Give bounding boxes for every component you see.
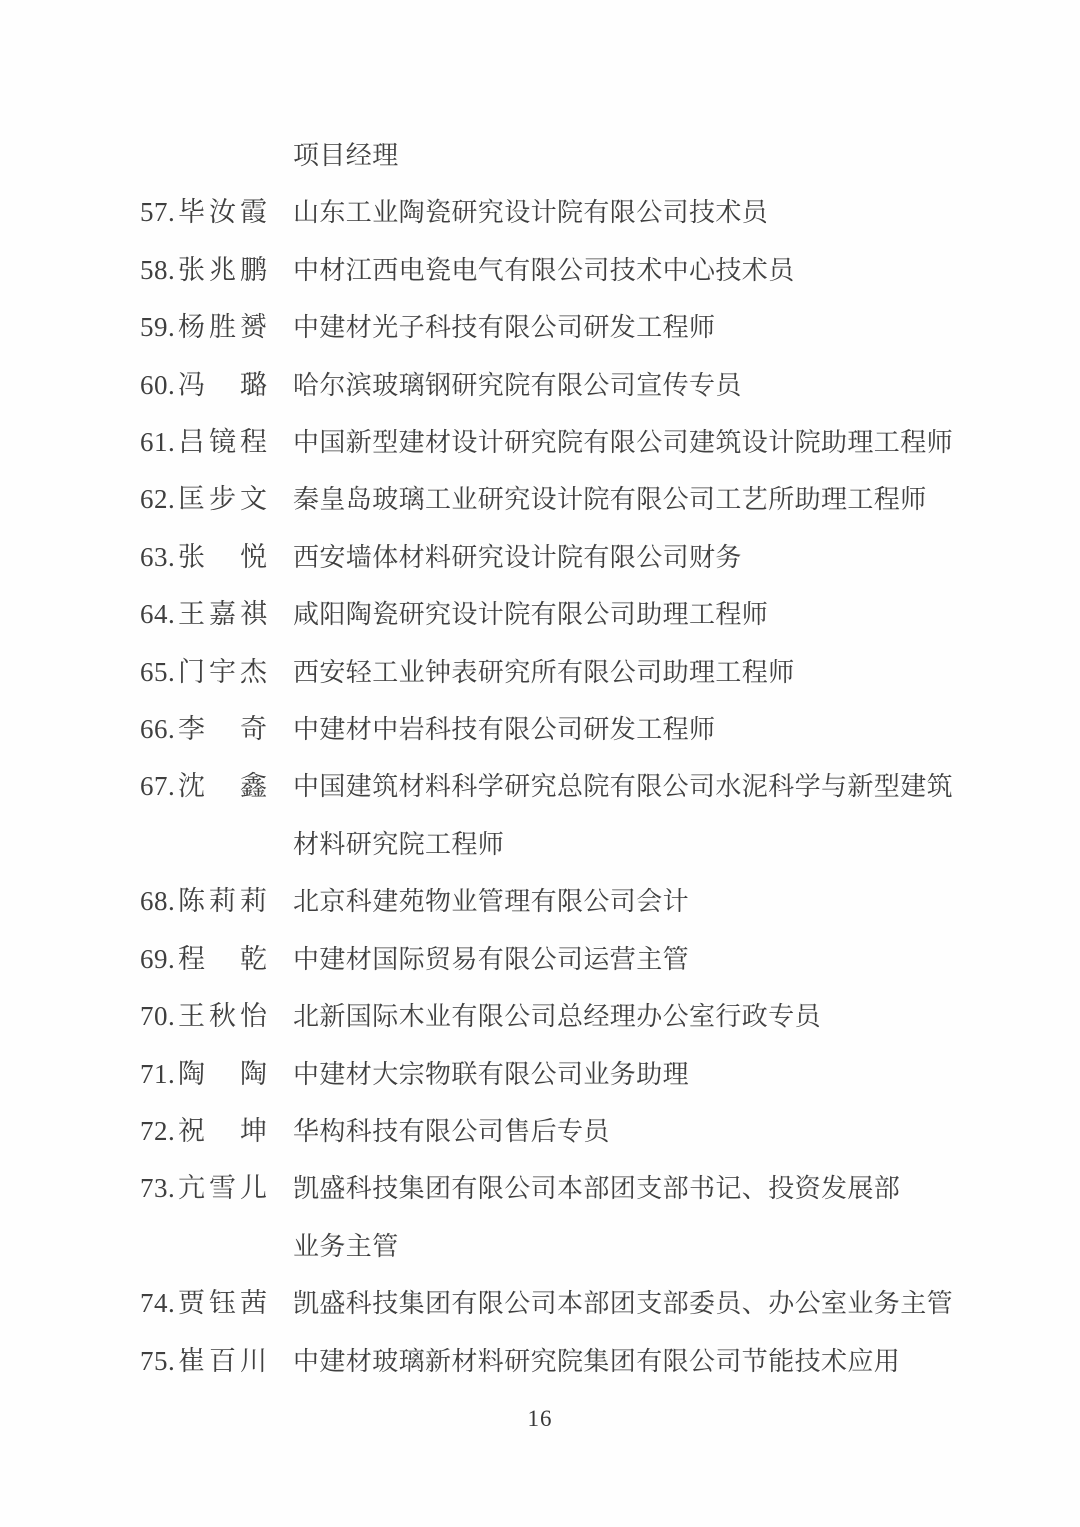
description-line: 北新国际木业有限公司总经理办公室行政专员: [293, 988, 950, 1045]
description-line: 中国新型建材设计研究院有限公司建筑设计院助理工程师: [293, 414, 950, 471]
position-description: 中建材玻璃新材料研究院集团有限公司节能技术应用: [293, 1333, 950, 1390]
person-name: 张 悦: [178, 529, 293, 586]
person-name: 杨胜赟: [178, 299, 293, 356]
description-line: 中建材大宗物联有限公司业务助理: [293, 1046, 950, 1103]
list-item: 项目经理: [140, 127, 950, 184]
page-number: 16: [528, 1406, 553, 1431]
item-number: 60.: [140, 357, 178, 414]
person-name: 毕汝霞: [178, 184, 293, 241]
person-name: 程 乾: [178, 931, 293, 988]
description-line: 秦皇岛玻璃工业研究设计院有限公司工艺所助理工程师: [293, 471, 950, 528]
list-item: 63. 张 悦 西安墙体材料研究设计院有限公司财务: [140, 529, 950, 586]
position-description: 秦皇岛玻璃工业研究设计院有限公司工艺所助理工程师: [293, 471, 950, 528]
item-number: 71.: [140, 1046, 178, 1103]
description-line: 凯盛科技集团有限公司本部团支部书记、投资发展部: [293, 1160, 950, 1217]
list-item: 65. 门宇杰 西安轻工业钟表研究所有限公司助理工程师: [140, 644, 950, 701]
description-line: 业务主管: [293, 1218, 950, 1275]
person-name: 沈 鑫: [178, 758, 293, 815]
item-number: 73.: [140, 1160, 178, 1217]
list-item: 64. 王嘉祺 咸阳陶瓷研究设计院有限公司助理工程师: [140, 586, 950, 643]
position-description: 凯盛科技集团有限公司本部团支部委员、办公室业务主管: [293, 1275, 950, 1332]
item-number: 62.: [140, 471, 178, 528]
description-line: 中建材光子科技有限公司研发工程师: [293, 299, 950, 356]
item-number: 61.: [140, 414, 178, 471]
position-description: 中国建筑材料科学研究总院有限公司水泥科学与新型建筑材料研究院工程师: [293, 758, 950, 873]
description-line: 中建材中岩科技有限公司研发工程师: [293, 701, 950, 758]
list-item: 60. 冯 璐 哈尔滨玻璃钢研究院有限公司宣传专员: [140, 357, 950, 414]
position-description: 西安轻工业钟表研究所有限公司助理工程师: [293, 644, 950, 701]
list-item: 75. 崔百川 中建材玻璃新材料研究院集团有限公司节能技术应用: [140, 1333, 950, 1390]
person-name: 张兆鹏: [178, 242, 293, 299]
item-number: 69.: [140, 931, 178, 988]
description-line: 项目经理: [293, 127, 950, 184]
description-line: 北京科建苑物业管理有限公司会计: [293, 873, 950, 930]
person-name: 王嘉祺: [178, 586, 293, 643]
position-description: 哈尔滨玻璃钢研究院有限公司宣传专员: [293, 357, 950, 414]
list-item: 73. 亢雪儿 凯盛科技集团有限公司本部团支部书记、投资发展部业务主管: [140, 1160, 950, 1275]
document-page: 项目经理 57. 毕汝霞 山东工业陶瓷研究设计院有限公司技术员 58. 张兆鹏 …: [0, 0, 1080, 1527]
list-item: 59. 杨胜赟 中建材光子科技有限公司研发工程师: [140, 299, 950, 356]
description-line: 哈尔滨玻璃钢研究院有限公司宣传专员: [293, 357, 950, 414]
list-item: 61. 吕镜程 中国新型建材设计研究院有限公司建筑设计院助理工程师: [140, 414, 950, 471]
description-line: 咸阳陶瓷研究设计院有限公司助理工程师: [293, 586, 950, 643]
person-name: 王秋怡: [178, 988, 293, 1045]
position-description: 咸阳陶瓷研究设计院有限公司助理工程师: [293, 586, 950, 643]
item-number: 64.: [140, 586, 178, 643]
person-name: 亢雪儿: [178, 1160, 293, 1217]
item-number: 67.: [140, 758, 178, 815]
list-item: 68. 陈莉莉 北京科建苑物业管理有限公司会计: [140, 873, 950, 930]
list-item: 71. 陶 陶 中建材大宗物联有限公司业务助理: [140, 1046, 950, 1103]
list-item: 69. 程 乾 中建材国际贸易有限公司运营主管: [140, 931, 950, 988]
description-line: 中国建筑材料科学研究总院有限公司水泥科学与新型建筑: [293, 758, 950, 815]
position-description: 凯盛科技集团有限公司本部团支部书记、投资发展部业务主管: [293, 1160, 950, 1275]
description-line: 西安墙体材料研究设计院有限公司财务: [293, 529, 950, 586]
item-number: 72.: [140, 1103, 178, 1160]
position-description: 西安墙体材料研究设计院有限公司财务: [293, 529, 950, 586]
person-name: 陈莉莉: [178, 873, 293, 930]
list-item: 58. 张兆鹏 中材江西电瓷电气有限公司技术中心技术员: [140, 242, 950, 299]
list-item: 62. 匡步文 秦皇岛玻璃工业研究设计院有限公司工艺所助理工程师: [140, 471, 950, 528]
person-name: 祝 坤: [178, 1103, 293, 1160]
list-item: 72. 祝 坤 华构科技有限公司售后专员: [140, 1103, 950, 1160]
description-line: 中材江西电瓷电气有限公司技术中心技术员: [293, 242, 950, 299]
list-item: 74. 贾钰茜 凯盛科技集团有限公司本部团支部委员、办公室业务主管: [140, 1275, 950, 1332]
position-description: 北京科建苑物业管理有限公司会计: [293, 873, 950, 930]
position-description: 华构科技有限公司售后专员: [293, 1103, 950, 1160]
item-number: 63.: [140, 529, 178, 586]
person-name: 陶 陶: [178, 1046, 293, 1103]
position-description: 中建材光子科技有限公司研发工程师: [293, 299, 950, 356]
position-description: 中建材国际贸易有限公司运营主管: [293, 931, 950, 988]
page-footer: 16: [0, 1406, 1080, 1432]
list-item: 66. 李 奇 中建材中岩科技有限公司研发工程师: [140, 701, 950, 758]
position-description: 项目经理: [293, 127, 950, 184]
position-description: 中国新型建材设计研究院有限公司建筑设计院助理工程师: [293, 414, 950, 471]
position-description: 中材江西电瓷电气有限公司技术中心技术员: [293, 242, 950, 299]
item-number: 66.: [140, 701, 178, 758]
description-line: 中建材玻璃新材料研究院集团有限公司节能技术应用: [293, 1333, 950, 1390]
position-description: 中建材中岩科技有限公司研发工程师: [293, 701, 950, 758]
person-name: 匡步文: [178, 471, 293, 528]
description-line: 材料研究院工程师: [293, 816, 950, 873]
person-name: 吕镜程: [178, 414, 293, 471]
person-name: 冯 璐: [178, 357, 293, 414]
person-name: 崔百川: [178, 1333, 293, 1390]
list-item: 67. 沈 鑫 中国建筑材料科学研究总院有限公司水泥科学与新型建筑材料研究院工程…: [140, 758, 950, 873]
description-line: 山东工业陶瓷研究设计院有限公司技术员: [293, 184, 950, 241]
person-name: 李 奇: [178, 701, 293, 758]
item-number: 70.: [140, 988, 178, 1045]
awardee-list: 项目经理 57. 毕汝霞 山东工业陶瓷研究设计院有限公司技术员 58. 张兆鹏 …: [140, 127, 950, 1390]
person-name: 门宇杰: [178, 644, 293, 701]
list-item: 57. 毕汝霞 山东工业陶瓷研究设计院有限公司技术员: [140, 184, 950, 241]
position-description: 山东工业陶瓷研究设计院有限公司技术员: [293, 184, 950, 241]
item-number: 74.: [140, 1275, 178, 1332]
item-number: 75.: [140, 1333, 178, 1390]
position-description: 北新国际木业有限公司总经理办公室行政专员: [293, 988, 950, 1045]
person-name: 贾钰茜: [178, 1275, 293, 1332]
list-item: 70. 王秋怡 北新国际木业有限公司总经理办公室行政专员: [140, 988, 950, 1045]
item-number: 57.: [140, 184, 178, 241]
position-description: 中建材大宗物联有限公司业务助理: [293, 1046, 950, 1103]
item-number: 59.: [140, 299, 178, 356]
description-line: 凯盛科技集团有限公司本部团支部委员、办公室业务主管: [293, 1275, 950, 1332]
item-number: 68.: [140, 873, 178, 930]
item-number: 65.: [140, 644, 178, 701]
item-number: 58.: [140, 242, 178, 299]
description-line: 西安轻工业钟表研究所有限公司助理工程师: [293, 644, 950, 701]
description-line: 中建材国际贸易有限公司运营主管: [293, 931, 950, 988]
description-line: 华构科技有限公司售后专员: [293, 1103, 950, 1160]
